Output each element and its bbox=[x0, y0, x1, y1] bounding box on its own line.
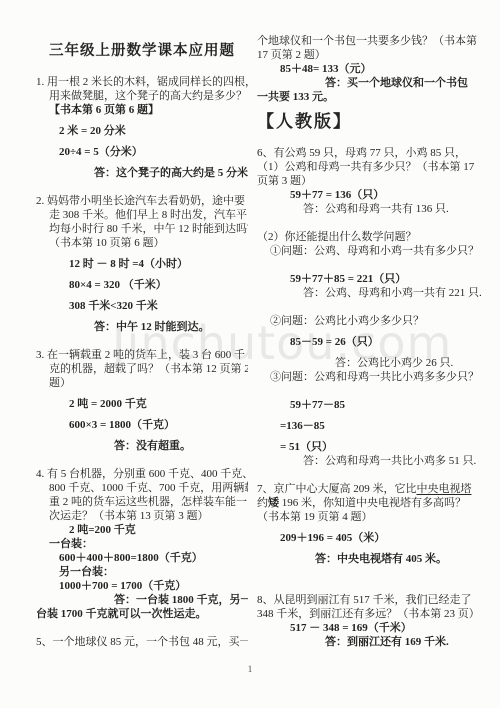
text-line: （书本第 19 页第 4 题） bbox=[257, 510, 492, 524]
text-line: = 51（只） bbox=[257, 440, 492, 454]
text-line: 600＋400＋800=1800（千克） bbox=[36, 551, 248, 565]
text-line: 答：公鸡和母鸡一共有 136 只. bbox=[257, 202, 492, 216]
text-line: 4. 有 5 台机器，分别重 600 千克、400 千克、 bbox=[36, 467, 248, 481]
text-line: 5、一个地球仪 85 元，一个书包 48 元，买一 bbox=[36, 635, 248, 649]
text-line: 3. 在一辆载重 2 吨的货车上，装 3 台 600 千 bbox=[36, 348, 248, 362]
text-line: 均每小时行 80 千米，中午 12 时能到达吗？ bbox=[36, 222, 248, 236]
text-line: 答：中午 12 时能到达。 bbox=[36, 320, 248, 334]
text-line: 1000＋700 = 1700（千克） bbox=[36, 579, 248, 593]
text-line: 600×3 = 1800（千克） bbox=[36, 418, 248, 432]
text-line: 12 时 － 8 时 =4（小时） bbox=[36, 257, 248, 271]
text-line: 一台装： bbox=[36, 537, 248, 551]
text-line: （2）你还能提出什么数学问题？ bbox=[257, 230, 492, 244]
text-line: 页第 3 题） bbox=[257, 174, 492, 188]
text-line: 80×4 = 320 （千米） bbox=[36, 278, 248, 292]
text-line: =136－85 bbox=[257, 419, 492, 433]
page-number: 1 bbox=[0, 664, 500, 674]
text-line: 个地球仪和一个书包一共要多少钱？（书本第 bbox=[257, 34, 492, 48]
text-line: 答：中央电视塔有 405 米。 bbox=[257, 552, 492, 566]
text-line: 答：到丽江还有 169 千米. bbox=[257, 635, 492, 649]
text-line: ③问题：公鸡和母鸡一共比小鸡多多少只？ bbox=[257, 370, 492, 384]
text-line: 1. 用一根 2 米长的木料，锯成同样长的四根， bbox=[36, 75, 248, 89]
text-line: 克的机器，超载了吗？（书本第 12 页第 2 bbox=[36, 362, 248, 376]
text-line: 209＋196 = 405（米） bbox=[257, 531, 492, 545]
left-column: 三年级上册数学课本应用题 1. 用一根 2 米长的木料，锯成同样长的四根，用来做… bbox=[36, 34, 248, 649]
text-segment: 7、京广中心大厦高 209 米，它比 bbox=[257, 483, 417, 495]
text-line: 2. 妈妈带小明坐长途汽车去看奶奶，途中要 bbox=[36, 194, 248, 208]
text-line: ②问题：公鸡比小鸡少多少只？ bbox=[257, 314, 492, 328]
text-line: 约矮 196 米，你知道中央电视塔有多高吗？ bbox=[257, 496, 492, 510]
document-page: Jinchutou.com 三年级上册数学课本应用题 1. 用一根 2 米长的木… bbox=[0, 0, 500, 708]
text-line: 20÷4 = 5（分米） bbox=[36, 145, 248, 159]
text-line: 85－59 = 26（只） bbox=[257, 335, 492, 349]
text-line: （书本第 10 页第 6 题） bbox=[36, 236, 248, 250]
text-line: 答：这个凳子的高大约是 5 分米。 bbox=[36, 166, 248, 180]
text-segment: 矮 bbox=[268, 497, 279, 509]
text-line: 台装 1700 千克就可以一次性运走。 bbox=[36, 607, 248, 621]
page-title: 三年级上册数学课本应用题 bbox=[36, 42, 248, 60]
text-line: 答：买一个地球仪和一个书包 bbox=[257, 76, 492, 90]
two-column-layout: 三年级上册数学课本应用题 1. 用一根 2 米长的木料，锯成同样长的四根，用来做… bbox=[0, 0, 500, 649]
text-line: 题） bbox=[36, 376, 248, 390]
text-line: 59＋77－85 bbox=[257, 398, 492, 412]
text-segment: 约 bbox=[257, 497, 268, 509]
text-line: 重 2 吨的货车运这些机器，怎样装车能一 bbox=[36, 495, 248, 509]
text-line: 308 千米<320 千米 bbox=[36, 299, 248, 313]
text-line: ①问题：公鸡、母鸡和小鸡一共有多少只？ bbox=[257, 244, 492, 258]
text-line: 【书本第 6 页第 6 题】 bbox=[36, 103, 248, 117]
text-segment: 中央电视塔 bbox=[417, 483, 472, 495]
text-line: 2 米 = 20 分米 bbox=[36, 124, 248, 138]
text-line: 800 千克、1000 千克、700 千克，用两辆载 bbox=[36, 481, 248, 495]
text-line: 348 千米，到丽江还有多远？（书本第 23 页） bbox=[257, 607, 492, 621]
edition-header: 【人教版】 bbox=[257, 111, 492, 132]
text-segment: 196 米，你知道中央电视塔有多高吗？ bbox=[279, 497, 466, 509]
text-line: 答：公鸡和母鸡一共比小鸡多 51 只. bbox=[257, 454, 492, 468]
text-line: 走 308 千米。他们早上 8 时出发，汽车平 bbox=[36, 208, 248, 222]
text-line: 517 － 348 = 169（千米） bbox=[257, 621, 492, 635]
text-line: 59＋77＋85 = 221（只） bbox=[257, 272, 492, 286]
text-line: 另一台装： bbox=[36, 565, 248, 579]
text-line: 2 吨=200 千克 bbox=[36, 523, 248, 537]
text-line: 答：公鸡比小鸡少 26 只. bbox=[257, 356, 492, 370]
text-line: 2 吨 = 2000 千克 bbox=[36, 397, 248, 411]
text-line: 8、从昆明到丽江有 517 千米，我们已经走了 bbox=[257, 593, 492, 607]
text-line: 一共要 133 元。 bbox=[257, 90, 492, 104]
text-line: 答：公鸡、母鸡和小鸡一共有 221 只. bbox=[257, 286, 492, 300]
text-line: 59＋77 = 136（只） bbox=[257, 188, 492, 202]
text-line: 17 页第 2 题） bbox=[257, 48, 492, 62]
text-line: 6、有公鸡 59 只，母鸡 77 只，小鸡 85 只， bbox=[257, 146, 492, 160]
text-line: 用来做凳腿，这个凳子的高大约是多少？ bbox=[36, 89, 248, 103]
text-line: 7、京广中心大厦高 209 米，它比中央电视塔 bbox=[257, 482, 492, 496]
text-line: 答：没有超重。 bbox=[36, 439, 248, 453]
text-line: （1）公鸡和母鸡一共有多少只？（书本第 17 bbox=[257, 160, 492, 174]
text-line: 答：一台装 1800 千克，另一 bbox=[36, 593, 248, 607]
right-column: 个地球仪和一个书包一共要多少钱？（书本第17 页第 2 题）85＋48= 133… bbox=[257, 34, 492, 649]
text-line: 85＋48= 133（元） bbox=[257, 62, 492, 76]
text-line: 次运走？（书本第 13 页第 3 题） bbox=[36, 509, 248, 523]
left-column-lines: 1. 用一根 2 米长的木料，锯成同样长的四根，用来做凳腿，这个凳子的高大约是多… bbox=[36, 75, 248, 649]
